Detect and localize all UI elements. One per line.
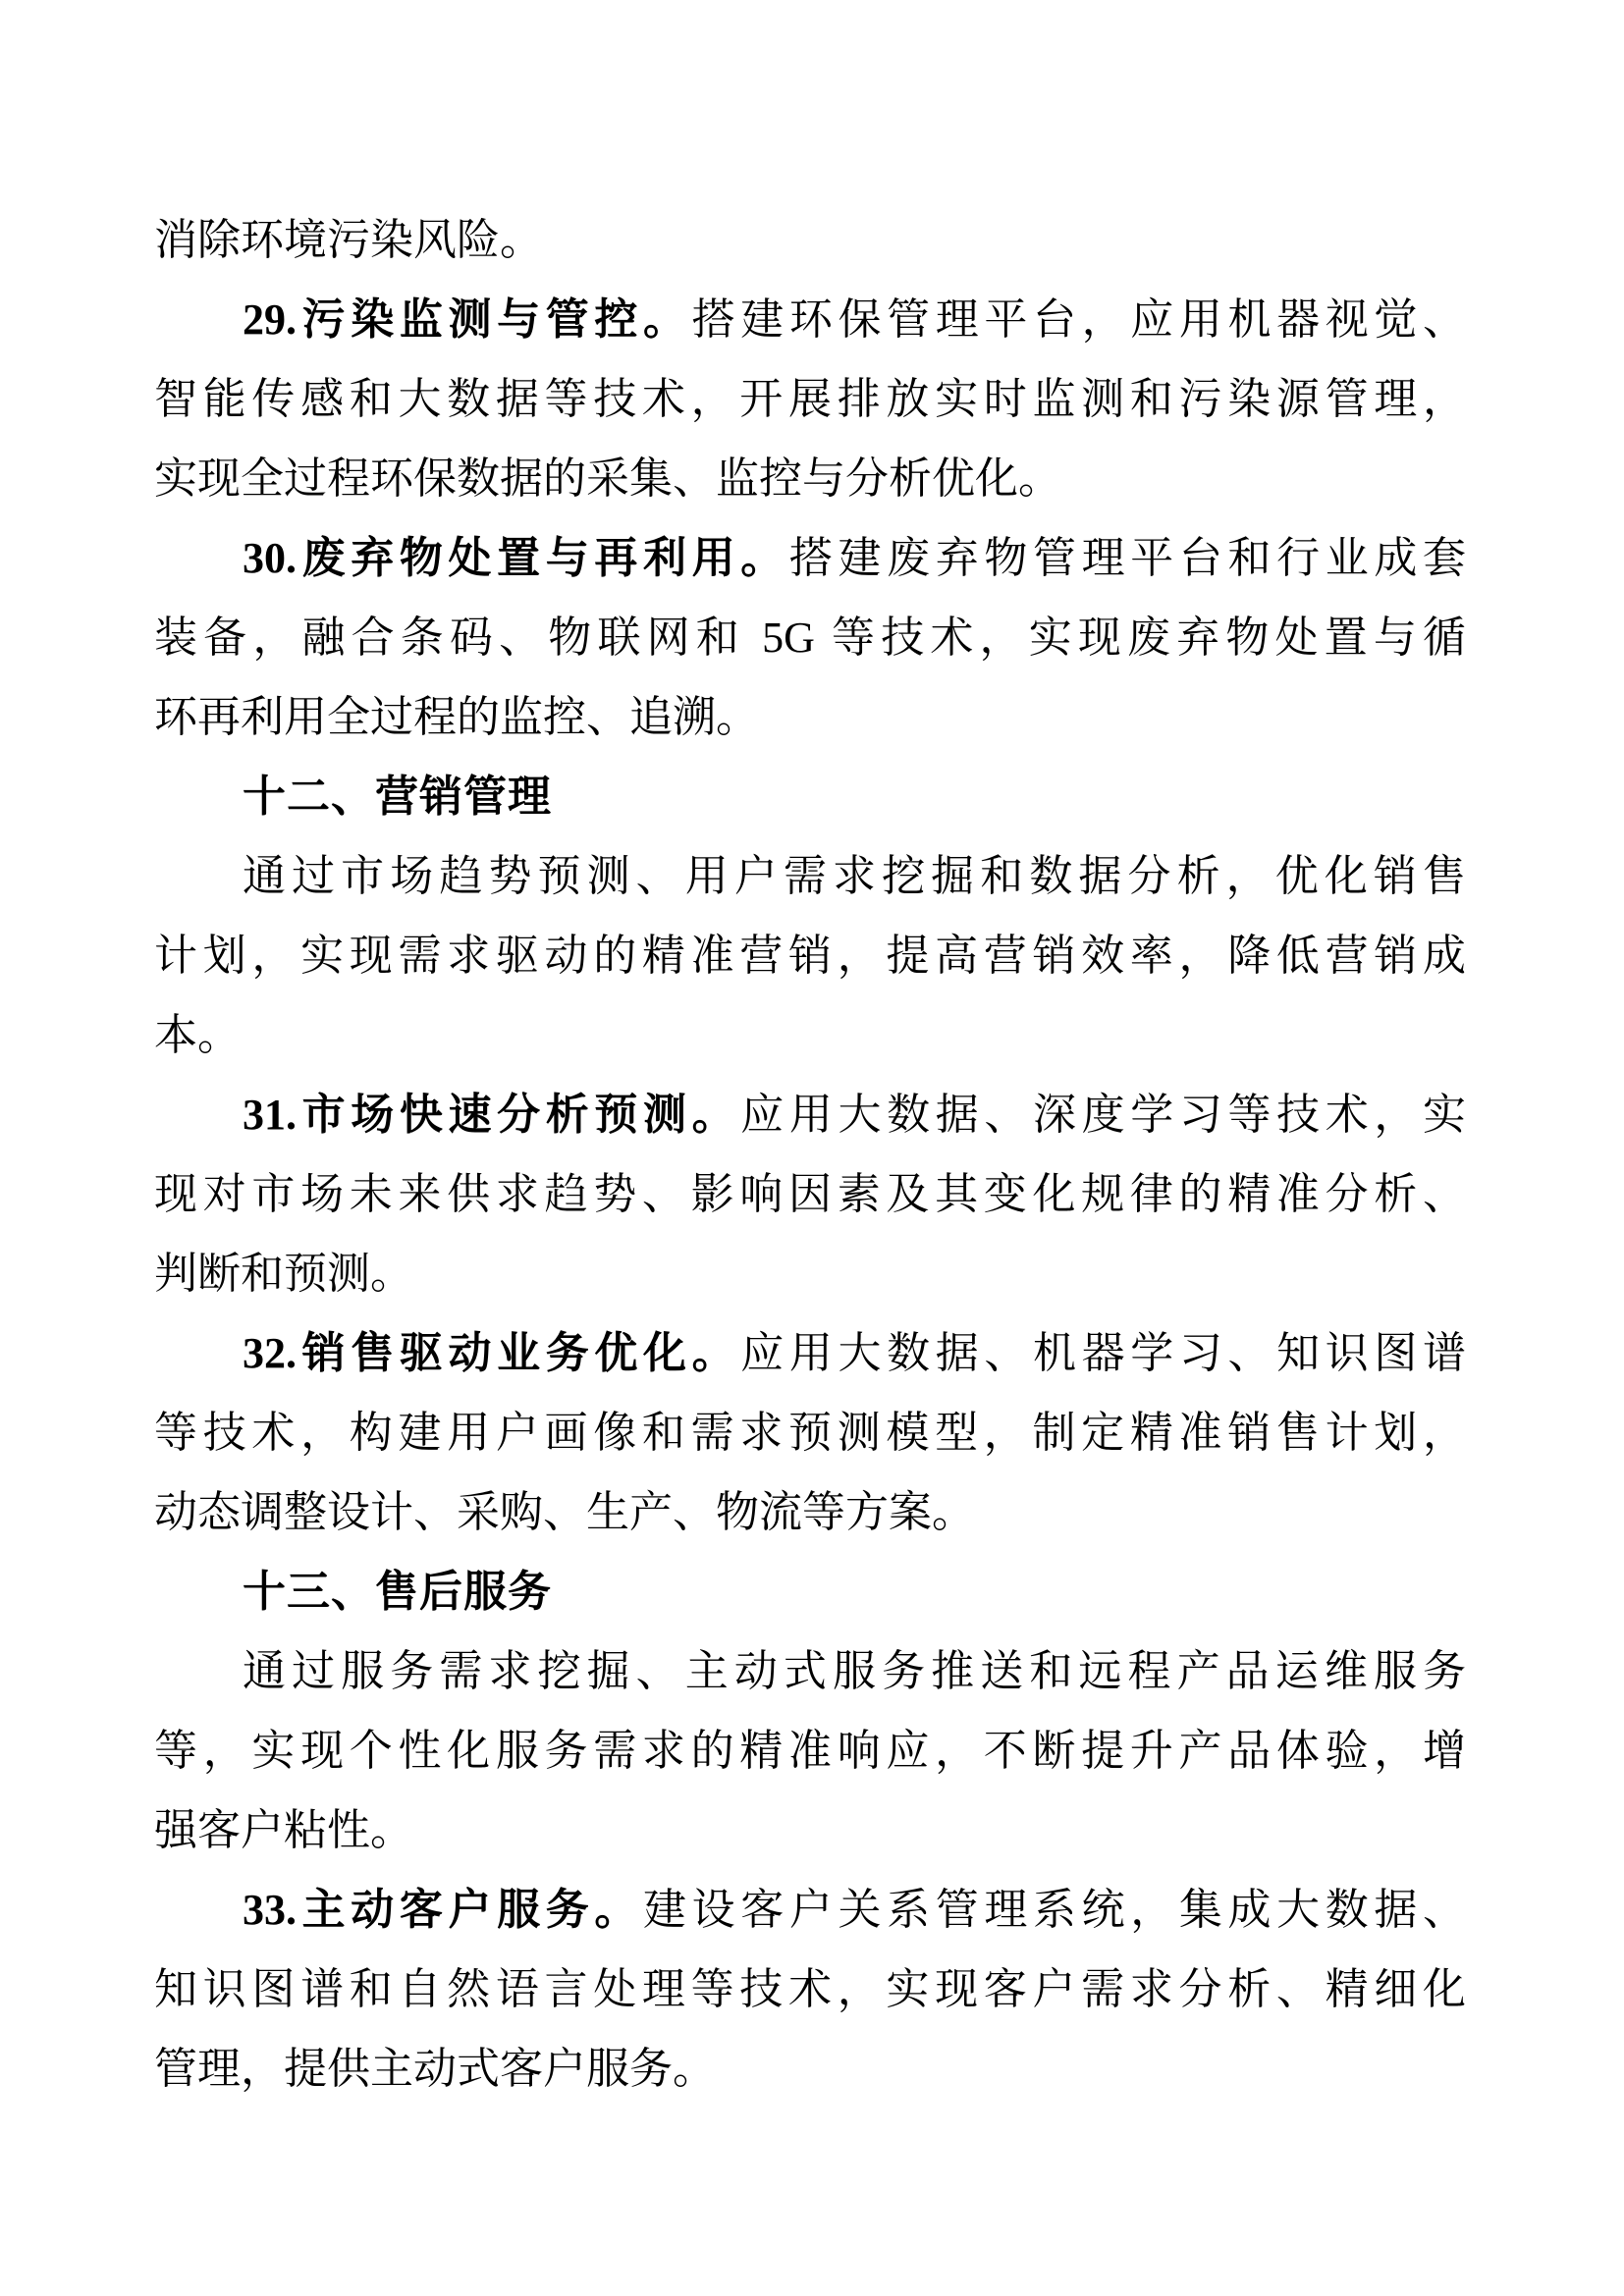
text-line: 33.主动客户服务。建设客户关系管理系统，集成大数据、 <box>154 1870 1466 1949</box>
text-line: 智能传感和大数据等技术，开展排放实时监测和污染源管理， <box>154 359 1466 439</box>
text-line: 31.市场快速分析预测。应用大数据、深度学习等技术，实 <box>154 1075 1466 1154</box>
text-line: 判断和预测。 <box>154 1234 1466 1313</box>
item-number-lead: 32.销售驱动业务优化。 <box>243 1329 740 1377</box>
text-line: 通过服务需求挖掘、主动式服务推送和远程产品运维服务 <box>154 1631 1466 1711</box>
text-line: 29.污染监测与管控。搭建环保管理平台，应用机器视觉、 <box>154 280 1466 359</box>
text-line: 装备，融合条码、物联网和 5G 等技术，实现废弃物处置与循 <box>154 598 1466 677</box>
text-line: 32.销售驱动业务优化。应用大数据、机器学习、知识图谱 <box>154 1313 1466 1393</box>
text-line: 现对市场未来供求趋势、影响因素及其变化规律的精准分析、 <box>154 1154 1466 1234</box>
item-number-lead: 31.市场快速分析预测。 <box>243 1091 740 1139</box>
text-line: 通过市场趋势预测、用户需求挖掘和数据分析，优化销售 <box>154 836 1466 916</box>
text-line: 本。 <box>154 995 1466 1075</box>
text-line: 动态调整设计、采购、生产、物流等方案。 <box>154 1472 1466 1552</box>
text-line: 知识图谱和自然语言处理等技术，实现客户需求分析、精细化 <box>154 1949 1466 2029</box>
item-number-lead: 33.主动客户服务。 <box>243 1886 643 1934</box>
section-heading: 十二、营销管理 <box>154 757 1466 836</box>
text-line: 环再利用全过程的监控、追溯。 <box>154 677 1466 757</box>
text-line: 管理，提供主动式客户服务。 <box>154 2029 1466 2109</box>
text-line: 等，实现个性化服务需求的精准响应，不断提升产品体验，增 <box>154 1711 1466 1790</box>
text-line: 30.废弃物处置与再利用。搭建废弃物管理平台和行业成套 <box>154 518 1466 598</box>
document-content: 消除环境污染风险。29.污染监测与管控。搭建环保管理平台，应用机器视觉、智能传感… <box>154 200 1466 2109</box>
text-line: 强客户粘性。 <box>154 1790 1466 1870</box>
text-line: 消除环境污染风险。 <box>154 200 1466 280</box>
section-heading: 十三、售后服务 <box>154 1552 1466 1631</box>
item-number-lead: 30.废弃物处置与再利用。 <box>243 534 789 582</box>
text-line: 计划，实现需求驱动的精准营销，提高营销效率，降低营销成 <box>154 916 1466 995</box>
document-page: 消除环境污染风险。29.污染监测与管控。搭建环保管理平台，应用机器视觉、智能传感… <box>0 0 1624 2296</box>
text-line: 等技术，构建用户画像和需求预测模型，制定精准销售计划， <box>154 1393 1466 1472</box>
item-number-lead: 29.污染监测与管控。 <box>243 295 692 344</box>
text-line: 实现全过程环保数据的采集、监控与分析优化。 <box>154 439 1466 518</box>
